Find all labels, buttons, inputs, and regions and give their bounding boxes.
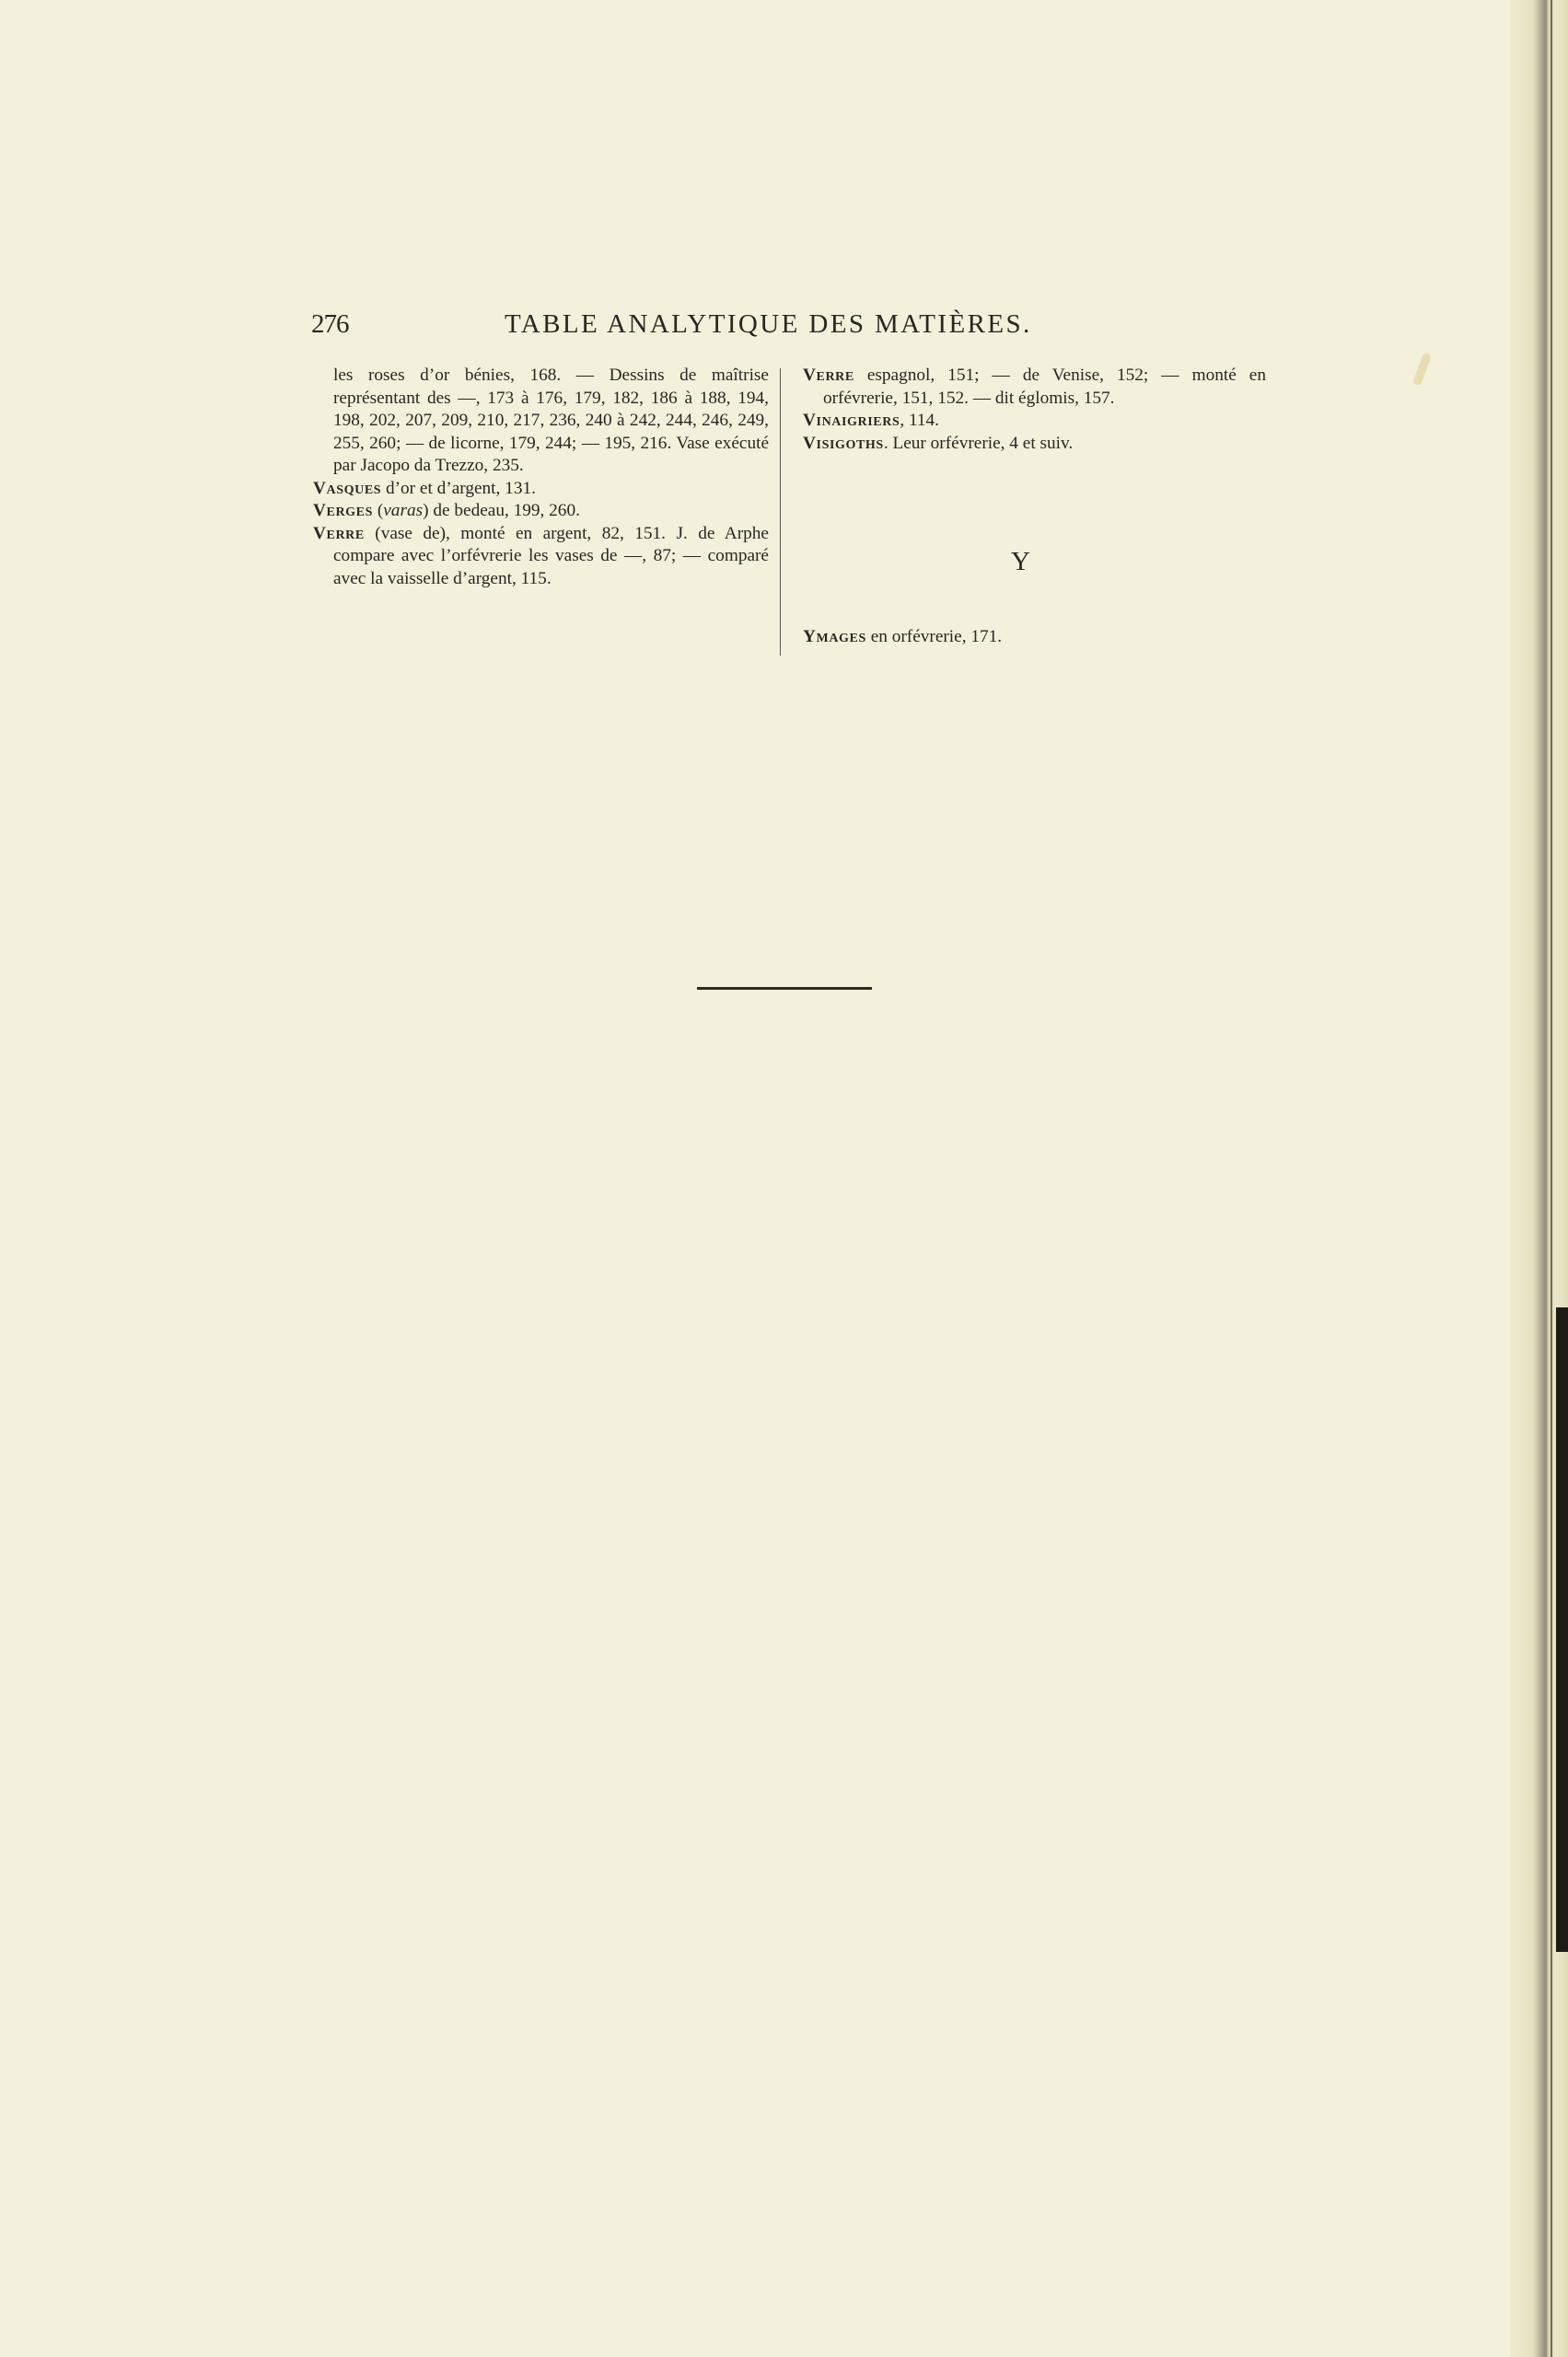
entry-head: Vinaigriers xyxy=(803,411,900,430)
entry-text: ( xyxy=(373,501,383,520)
index-entry-ymages: Ymages en orfévrerie, 171. xyxy=(803,626,1002,649)
entry-head: Verre xyxy=(803,366,854,385)
index-entry-verges: Verges (varas) de bedeau, 199, 260. xyxy=(313,500,769,523)
continued-entry: les roses d’or bénies, 168. — Dessins de… xyxy=(313,365,769,478)
entry-text: . Leur orfévrerie, 4 et suiv. xyxy=(884,434,1073,453)
page-edge-shadow xyxy=(1510,0,1568,2357)
entry-text: en orfévrerie, 171. xyxy=(866,627,1002,646)
section-letter-heading: Y xyxy=(1011,547,1030,577)
entry-head: Ymages xyxy=(803,627,866,646)
index-entry-visigoths: Visigoths. Leur orfévrerie, 4 et suiv. xyxy=(803,433,1266,456)
paper-stain xyxy=(1412,353,1432,387)
right-column: Verre espagnol, 151; — de Venise, 152; —… xyxy=(803,365,1266,455)
entry-text: les roses d’or bénies, 168. — Dessins de… xyxy=(333,366,769,475)
page-number: 276 xyxy=(311,309,349,340)
index-entry-vinaigriers: Vinaigriers, 114. xyxy=(803,410,1266,433)
entry-head: Visigoths xyxy=(803,434,884,453)
index-entry-verre-vase: Verre (vase de), monté en argent, 82, 15… xyxy=(313,523,769,591)
index-entry-vasques: Vasques d’or et d’argent, 131. xyxy=(313,478,769,501)
entry-italic-term: varas xyxy=(383,501,423,520)
entry-text: ) de bedeau, 199, 260. xyxy=(423,501,580,520)
entry-head: Vasques xyxy=(313,479,381,498)
entry-text: , 114. xyxy=(900,411,939,430)
entry-head: Verre xyxy=(313,524,365,543)
page-header: 276 TABLE ANALYTIQUE DES MATIÈRES. xyxy=(311,309,1094,346)
running-title: TABLE ANALYTIQUE DES MATIÈRES. xyxy=(505,309,1032,340)
entry-head: Verges xyxy=(313,501,373,520)
column-divider xyxy=(780,368,781,656)
left-column: les roses d’or bénies, 168. — Dessins de… xyxy=(313,365,769,590)
index-entry-verre-espagnol: Verre espagnol, 151; — de Venise, 152; —… xyxy=(803,365,1266,410)
end-of-text-rule xyxy=(697,987,872,990)
entry-text: espagnol, 151; — de Venise, 152; — monté… xyxy=(823,366,1266,408)
entry-text: d’or et d’argent, 131. xyxy=(381,479,536,498)
book-spine-dark-edge xyxy=(1556,1307,1568,1952)
entry-text: (vase de), monté en argent, 82, 151. J. … xyxy=(333,524,769,588)
book-spine-line xyxy=(1551,0,1552,2357)
